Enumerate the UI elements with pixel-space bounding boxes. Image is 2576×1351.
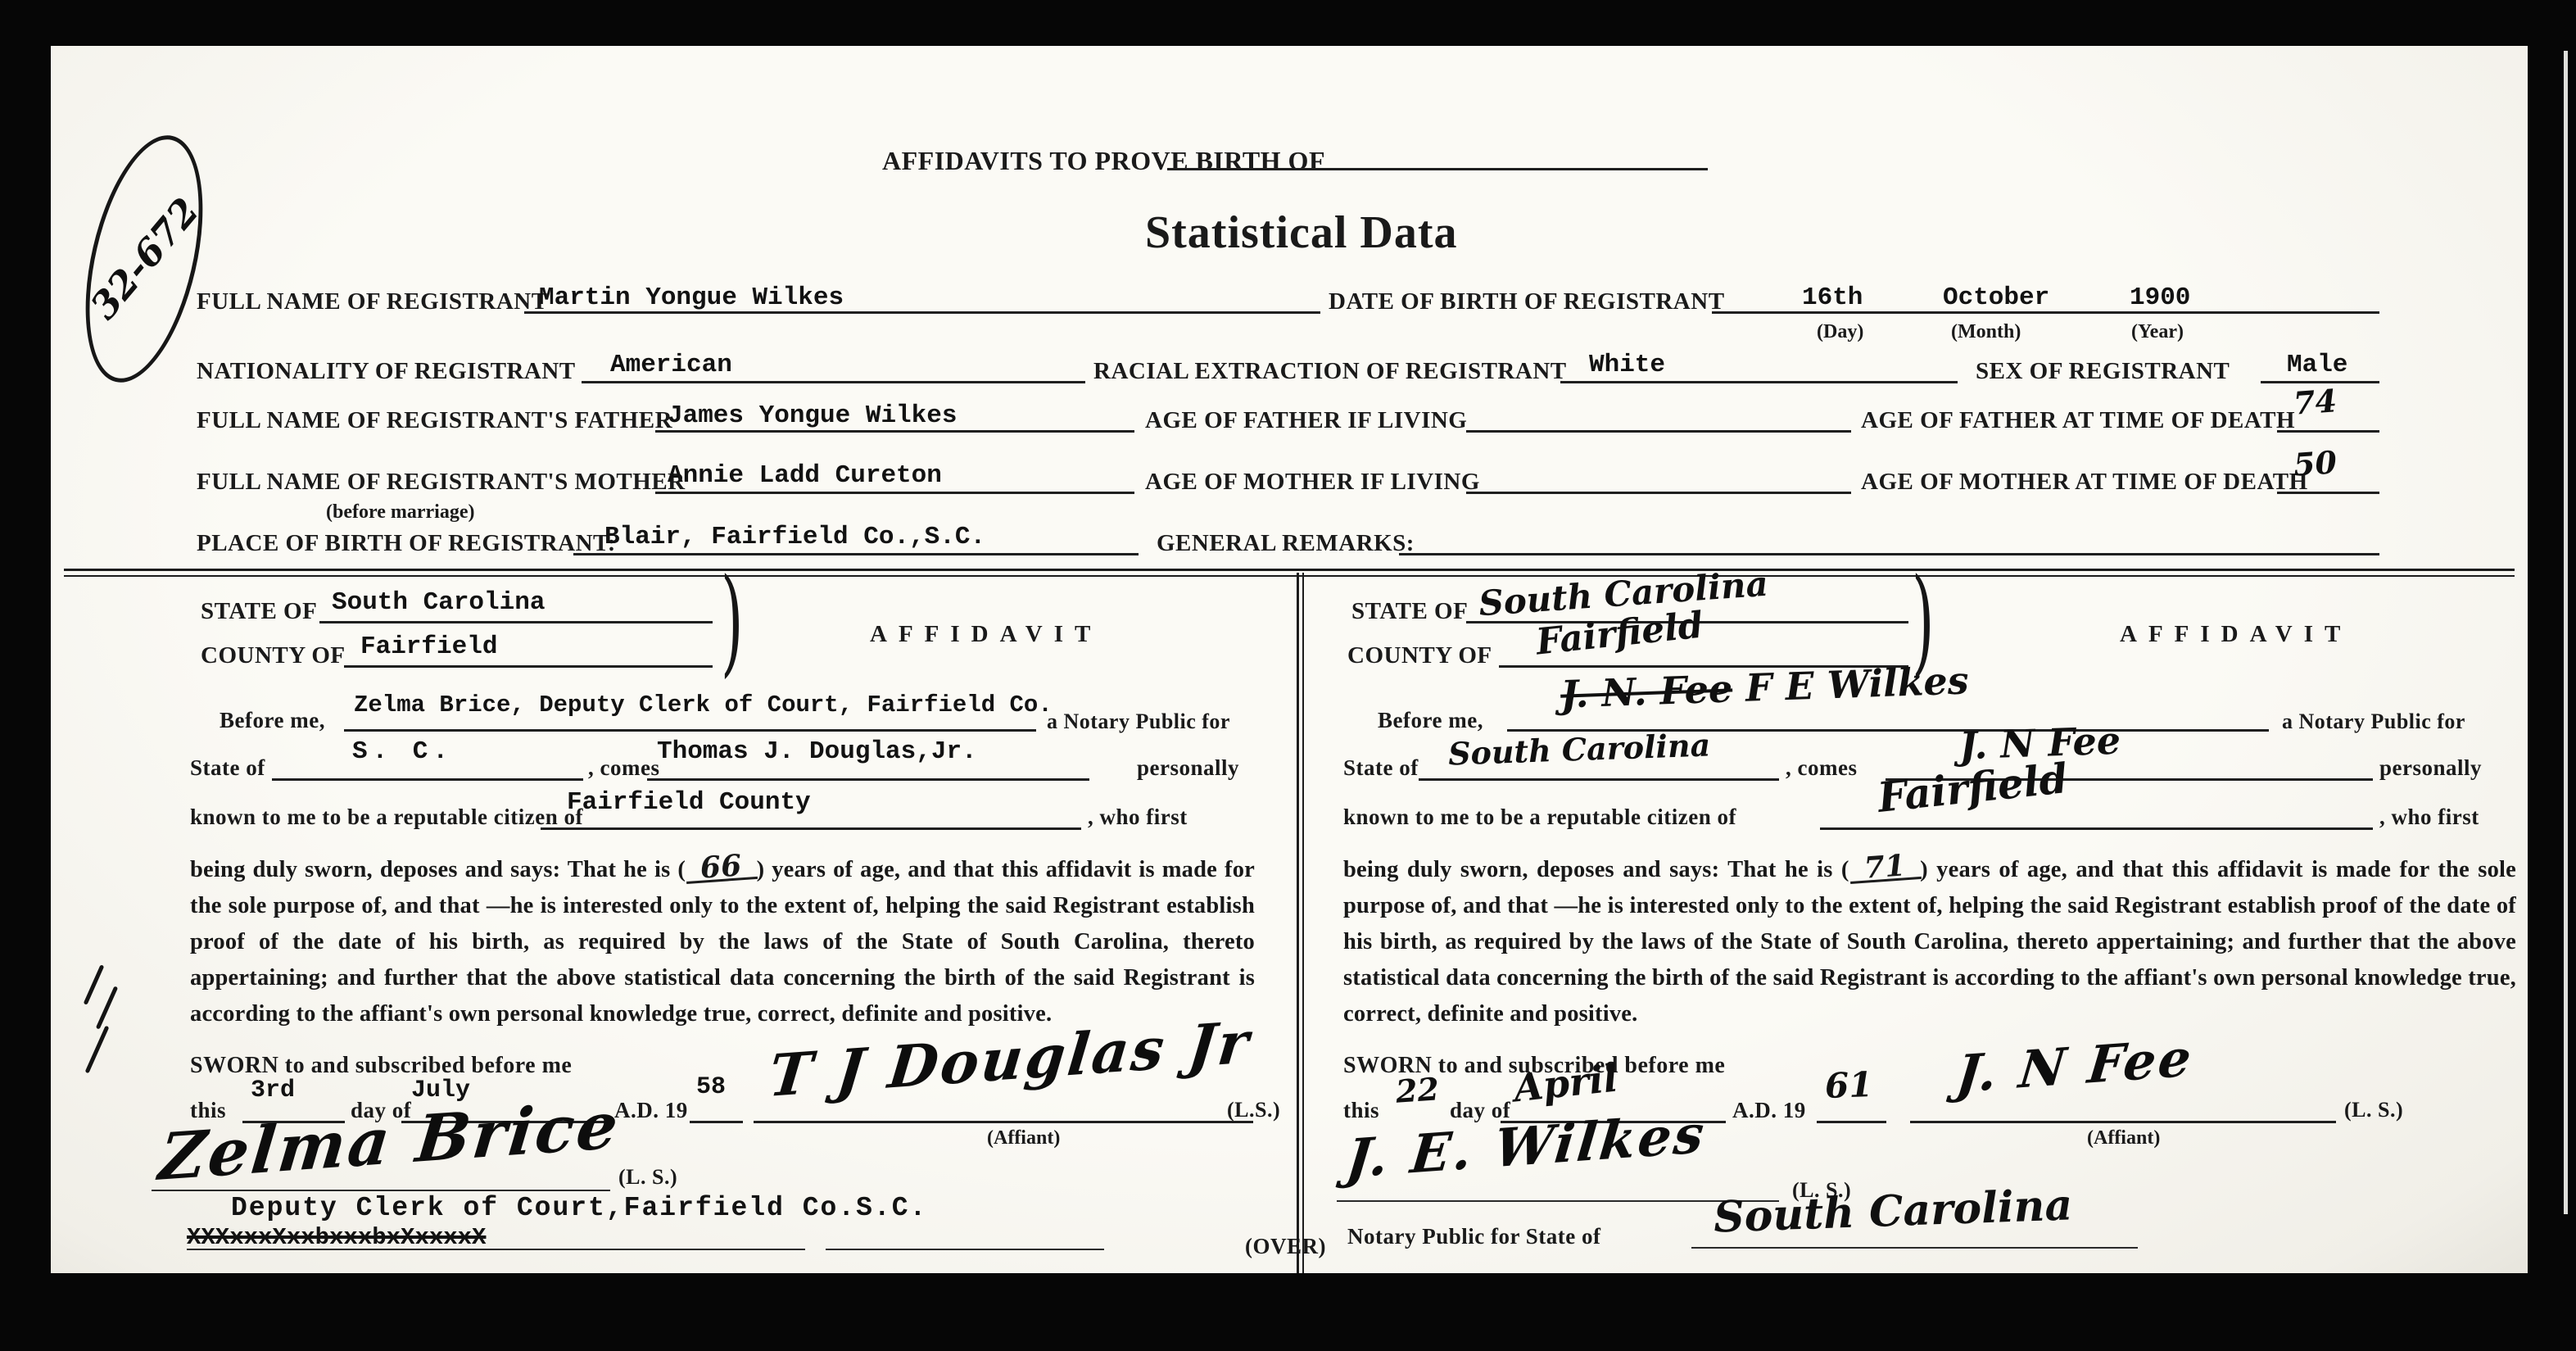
before-me-value: Zelma Brice, Deputy Clerk of Court, Fair… bbox=[354, 691, 1053, 719]
notary-suffix: a Notary Public for bbox=[1047, 710, 1230, 734]
over-label: (OVER) bbox=[1245, 1234, 1326, 1259]
racial-value: White bbox=[1589, 351, 1665, 379]
blank-line bbox=[573, 553, 1139, 555]
column-divider bbox=[1297, 573, 1304, 1273]
blank-line bbox=[1712, 311, 2379, 314]
sworn-year-value: 61 bbox=[1824, 1064, 1873, 1106]
mother-label: FULL NAME OF REGISTRANT'S MOTHER bbox=[197, 469, 686, 496]
citizen-label: known to me to be a reputable citizen of bbox=[1343, 805, 1736, 830]
father-label: FULL NAME OF REGISTRANT'S FATHER bbox=[197, 407, 672, 434]
age-value: 71 bbox=[1849, 852, 1922, 884]
sworn-day-value: 3rd bbox=[251, 1077, 295, 1104]
remarks-label: GENERAL REMARKS: bbox=[1157, 530, 1415, 557]
brace-glyph: ) bbox=[721, 564, 744, 680]
signature-line bbox=[754, 1121, 1253, 1123]
pob-value: Blair, Fairfield Co.,S.C. bbox=[604, 523, 985, 551]
father-value: James Yongue Wilkes bbox=[668, 401, 957, 430]
county-label: COUNTY OF bbox=[1347, 642, 1492, 669]
blank-line bbox=[541, 827, 1081, 830]
notary-state-label: Notary Public for State of bbox=[1347, 1224, 1600, 1249]
blank-line bbox=[1817, 1121, 1886, 1123]
affiant-caption: (Affiant) bbox=[987, 1127, 1060, 1149]
mother-death-label: AGE OF MOTHER AT TIME OF DEATH bbox=[1861, 469, 2308, 496]
dob-day-value: 16th bbox=[1802, 283, 1863, 312]
state-label: STATE OF bbox=[1351, 598, 1468, 625]
who-first-label: , who first bbox=[2379, 805, 2479, 830]
month-caption: (Month) bbox=[1951, 321, 2021, 343]
scanned-document: 32-672 AFFIDAVITS TO PROVE BIRTH OF Stat… bbox=[0, 0, 2576, 1351]
nationality-value: American bbox=[610, 351, 732, 379]
before-me-label: Before me, bbox=[220, 708, 325, 733]
signature-line bbox=[152, 1190, 610, 1191]
notary-name: F E Wilkes bbox=[1732, 658, 1969, 710]
blank-line bbox=[2277, 492, 2379, 494]
this-label: this bbox=[1343, 1098, 1379, 1123]
blank-line bbox=[582, 381, 1085, 383]
dob-year-value: 1900 bbox=[2130, 283, 2190, 312]
affidavit-heading: AFFIDAVIT bbox=[870, 621, 1102, 648]
ad-label: A.D. 19 bbox=[614, 1098, 688, 1123]
blank-line bbox=[1419, 778, 1779, 781]
pob-label: PLACE OF BIRTH OF REGISTRANT: bbox=[197, 530, 616, 557]
citizen-label: known to me to be a reputable citizen of bbox=[190, 805, 583, 830]
before-me-label: Before me, bbox=[1378, 708, 1483, 733]
year-caption: (Year) bbox=[2131, 321, 2184, 343]
sworn-label: SWORN to and subscribed before me bbox=[190, 1053, 572, 1079]
notary-suffix: a Notary Public for bbox=[2282, 710, 2465, 734]
affidavit-body: being duly sworn, deposes and says: That… bbox=[190, 852, 1255, 1032]
racial-label: RACIAL EXTRACTION OF REGISTRANT bbox=[1093, 358, 1567, 385]
section-divider bbox=[64, 569, 2515, 577]
who-first-label: , who first bbox=[1088, 805, 1188, 830]
blank-line bbox=[1560, 381, 1958, 383]
affiant-caption: (Affiant) bbox=[2087, 1127, 2160, 1149]
state-value: South Carolina bbox=[332, 588, 545, 617]
blank-line bbox=[524, 311, 1320, 314]
county-label: COUNTY OF bbox=[201, 642, 346, 669]
blank-line bbox=[1167, 168, 1708, 170]
header-label: AFFIDAVITS TO PROVE BIRTH OF bbox=[882, 146, 1325, 176]
blank-line bbox=[187, 1249, 805, 1250]
mother-note: (before marriage) bbox=[326, 501, 474, 524]
age-value: 66 bbox=[685, 852, 758, 884]
body-lead: being duly sworn, deposes and says: That… bbox=[190, 857, 686, 882]
affidavit-body: being duly sworn, deposes and says: That… bbox=[1343, 852, 2516, 1032]
notary-title: Deputy Clerk of Court,Fairfield Co.S.C. bbox=[231, 1193, 927, 1223]
struck-name: J. N. Fee bbox=[1560, 666, 1733, 716]
father-death-value: 74 bbox=[2292, 382, 2338, 422]
sex-label: SEX OF REGISTRANT bbox=[1976, 358, 2230, 385]
blank-line bbox=[690, 1121, 743, 1123]
state-of-label: State of bbox=[190, 755, 265, 781]
state-of-label: State of bbox=[1343, 755, 1419, 781]
father-living-label: AGE OF FATHER IF LIVING bbox=[1145, 407, 1467, 434]
blank-line bbox=[655, 492, 1134, 494]
full-name-value: Martin Yongue Wilkes bbox=[539, 283, 844, 312]
blank-line bbox=[826, 1249, 1104, 1250]
mother-death-value: 50 bbox=[2292, 443, 2338, 483]
sworn-day-value: 22 bbox=[1394, 1070, 1440, 1110]
personally-label: personally bbox=[1137, 755, 1239, 781]
blank-line bbox=[1820, 827, 2373, 830]
blank-line bbox=[1466, 492, 1851, 494]
nationality-label: NATIONALITY OF REGISTRANT bbox=[197, 358, 576, 385]
father-death-label: AGE OF FATHER AT TIME OF DEATH bbox=[1861, 407, 2295, 434]
blank-line bbox=[319, 621, 713, 623]
sworn-year-value: 58 bbox=[696, 1073, 726, 1101]
blank-line bbox=[655, 430, 1134, 433]
citizen-value: Fairfield County bbox=[567, 788, 811, 817]
blank-line bbox=[1691, 1247, 2138, 1249]
personally-label: personally bbox=[2379, 755, 2482, 781]
blank-line bbox=[2277, 430, 2379, 433]
blank-line bbox=[272, 778, 583, 781]
body-lead: being duly sworn, deposes and says: That… bbox=[1343, 857, 1849, 882]
ls-label: (L.S.) bbox=[1227, 1098, 1280, 1122]
comes-label: , comes bbox=[1786, 755, 1857, 781]
comes-value: Thomas J. Douglas,Jr. bbox=[657, 737, 977, 766]
body-rest: ) years of age, and that this affidavit … bbox=[1343, 857, 2516, 1027]
sex-value: Male bbox=[2287, 351, 2347, 379]
state-of-value: S. C. bbox=[352, 737, 453, 766]
full-name-label: FULL NAME OF REGISTRANT bbox=[197, 288, 548, 315]
dob-month-value: October bbox=[1943, 283, 2049, 312]
struck-text: XXXxxxXxxbxxxbxXxxxxX bbox=[187, 1224, 486, 1251]
page-title: Statistical Data bbox=[1145, 206, 1458, 259]
county-value: Fairfield bbox=[360, 632, 497, 661]
blank-line bbox=[1466, 430, 1851, 433]
ls-label: (L. S.) bbox=[618, 1165, 677, 1190]
mother-living-label: AGE OF MOTHER IF LIVING bbox=[1145, 469, 1480, 496]
ls-label: (L. S.) bbox=[2344, 1098, 2403, 1122]
day-caption: (Day) bbox=[1817, 321, 1863, 343]
dob-label: DATE OF BIRTH OF REGISTRANT bbox=[1329, 288, 1725, 315]
comes-label: , comes bbox=[588, 755, 659, 781]
blank-line bbox=[1399, 553, 2379, 555]
blank-line bbox=[344, 665, 713, 668]
blank-line bbox=[647, 778, 1089, 781]
scan-edge-artifact bbox=[2564, 51, 2568, 1214]
blank-line bbox=[344, 729, 1036, 732]
signature-line bbox=[1910, 1121, 2336, 1123]
affidavit-heading: AFFIDAVIT bbox=[2120, 621, 2352, 648]
mother-value: Annie Ladd Cureton bbox=[668, 461, 942, 490]
state-label: STATE OF bbox=[201, 598, 317, 625]
ad-label: A.D. 19 bbox=[1732, 1098, 1806, 1123]
